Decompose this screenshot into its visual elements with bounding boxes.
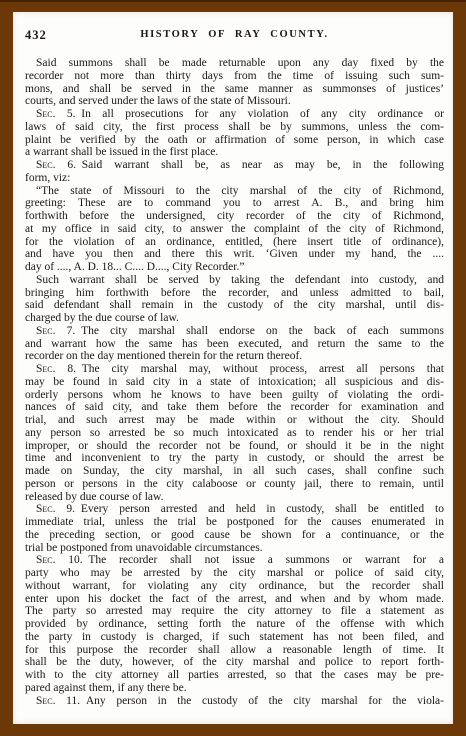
section-label: Sec. 8. (36, 363, 76, 375)
paragraph: Said summons shall be made returnable up… (25, 57, 444, 108)
text-line: a warrant shall be issued in the first p… (25, 146, 444, 159)
text-line: immediate trial, unless the trial be pos… (25, 516, 444, 529)
text-line: Sec. 6. Said warrant shall be, as near a… (25, 159, 444, 172)
text-line: nances of said city, and take them befor… (25, 401, 444, 414)
text-line: trial, and such arrest may be made withi… (25, 414, 444, 427)
text-line: person or persons in the city calaboose … (25, 478, 444, 491)
text-line: improper, or should the recorder not be … (25, 440, 444, 453)
text-line: forthwith before the undersigned, city r… (25, 210, 444, 223)
text-line: form, viz: (25, 172, 444, 185)
text-line: Sec. 5. In all prosecutions for any viol… (25, 108, 444, 121)
text-block: Said summons shall be made returnable up… (25, 57, 444, 707)
text-line: may be found in said city in a state of … (25, 376, 444, 389)
paragraph: Sec. 9. Every person arrested and held i… (25, 503, 444, 554)
text-line: released by due course of law. (25, 491, 444, 504)
text-line: said defendant shall remain in the custo… (25, 299, 444, 312)
text-line: recorder not more than thirty days from … (25, 70, 444, 83)
text-line: and warrant how the same has been execut… (25, 338, 444, 351)
paragraph: Sec. 8. The city marshal may, without pr… (25, 363, 444, 503)
text-line: orderly persons whom he knows to have be… (25, 389, 444, 402)
text-line: provided by ordinance, setting forth the… (25, 618, 444, 631)
text-line: with to the city attorney all parties ar… (25, 669, 444, 682)
text-line: for the violation of an ordinance, entit… (25, 236, 444, 249)
text-line: charged by the due course of law. (25, 312, 444, 325)
text-line: for this purpose the recorder shall allo… (25, 644, 444, 657)
text-line: Such warrant shall be served by taking t… (25, 274, 444, 287)
book-page: 432 HISTORY OF RAY COUNTY. Said summons … (13, 12, 453, 724)
text-line: Sec. 10. The recorder shall not issue a … (25, 554, 444, 567)
text-line: Sec. 7. The city marshal shall endorse o… (25, 325, 444, 338)
text-line: the preceding section, or good cause be … (25, 529, 444, 542)
text-line: any person so arrested be so much intoxi… (25, 427, 444, 440)
text-line: pared against them, if any there be. (25, 682, 444, 695)
text-line: Sec. 11. Any person in the custody of th… (25, 695, 444, 708)
paragraph: Sec. 7. The city marshal shall endorse o… (25, 325, 444, 363)
text-line: day of ...., A. D. 18... C.... D...., Ci… (25, 261, 444, 274)
section-label: Sec. 9. (36, 503, 75, 515)
paragraph: Sec. 11. Any person in the custody of th… (25, 695, 444, 708)
text-line: without warrant, for violating any city … (25, 580, 444, 593)
scanned-page-frame: 432 HISTORY OF RAY COUNTY. Said summons … (0, 0, 466, 736)
page-header: 432 HISTORY OF RAY COUNTY. (25, 28, 444, 44)
text-line: party who may be arrested by the city ma… (25, 567, 444, 580)
paragraph: Sec. 10. The recorder shall not issue a … (25, 554, 444, 694)
paragraph: Such warrant shall be served by taking t… (25, 274, 444, 325)
text-line: at my office in said city, to answer the… (25, 223, 444, 236)
text-line: The party so arrested may require the ci… (25, 605, 444, 618)
paragraph: Sec. 5. In all prosecutions for any viol… (25, 108, 444, 159)
text-line: and have you then and there this writ. ‘… (25, 248, 444, 261)
paragraph: Sec. 6. Said warrant shall be, as near a… (25, 159, 444, 185)
section-label: Sec. 10. (36, 554, 83, 566)
text-line: laws of said city, the first process sha… (25, 121, 444, 134)
text-line: Sec. 8. The city marshal may, without pr… (25, 363, 444, 376)
text-line: made on Sunday, the city marshal, in all… (25, 465, 444, 478)
section-label: Sec. 7. (36, 325, 75, 337)
section-label: Sec. 11. (36, 695, 80, 707)
text-line: Said summons shall be made returnable up… (25, 57, 444, 70)
text-line: plaint be verified by the oath or affirm… (25, 134, 444, 147)
text-line: bringing him forthwith before the record… (25, 287, 444, 300)
text-line: recorder on the day mentioned therein fo… (25, 350, 444, 363)
text-line: trial be postponed from unavoidable circ… (25, 542, 444, 555)
paragraph: “The state of Missouri to the city marsh… (25, 185, 444, 274)
running-header-title: HISTORY OF RAY COUNTY. (25, 29, 444, 40)
text-line: Sec. 9. Every person arrested and held i… (25, 503, 444, 516)
text-line: greeting: These are to command you to ar… (25, 197, 444, 210)
text-line: time and inconvenient to try the party i… (25, 452, 444, 465)
text-line: courts, and served under the laws of the… (25, 95, 444, 108)
section-label: Sec. 5. (36, 108, 76, 120)
text-line: the party in custody is charged, if such… (25, 631, 444, 644)
text-line: shall be the duty, however, of the city … (25, 656, 444, 669)
text-line: mons, and shall be served in the same ma… (25, 83, 444, 96)
section-label: Sec. 6. (36, 159, 76, 171)
text-line: “The state of Missouri to the city marsh… (25, 185, 444, 198)
text-line: enter upon his docket the fact of the ar… (25, 593, 444, 606)
